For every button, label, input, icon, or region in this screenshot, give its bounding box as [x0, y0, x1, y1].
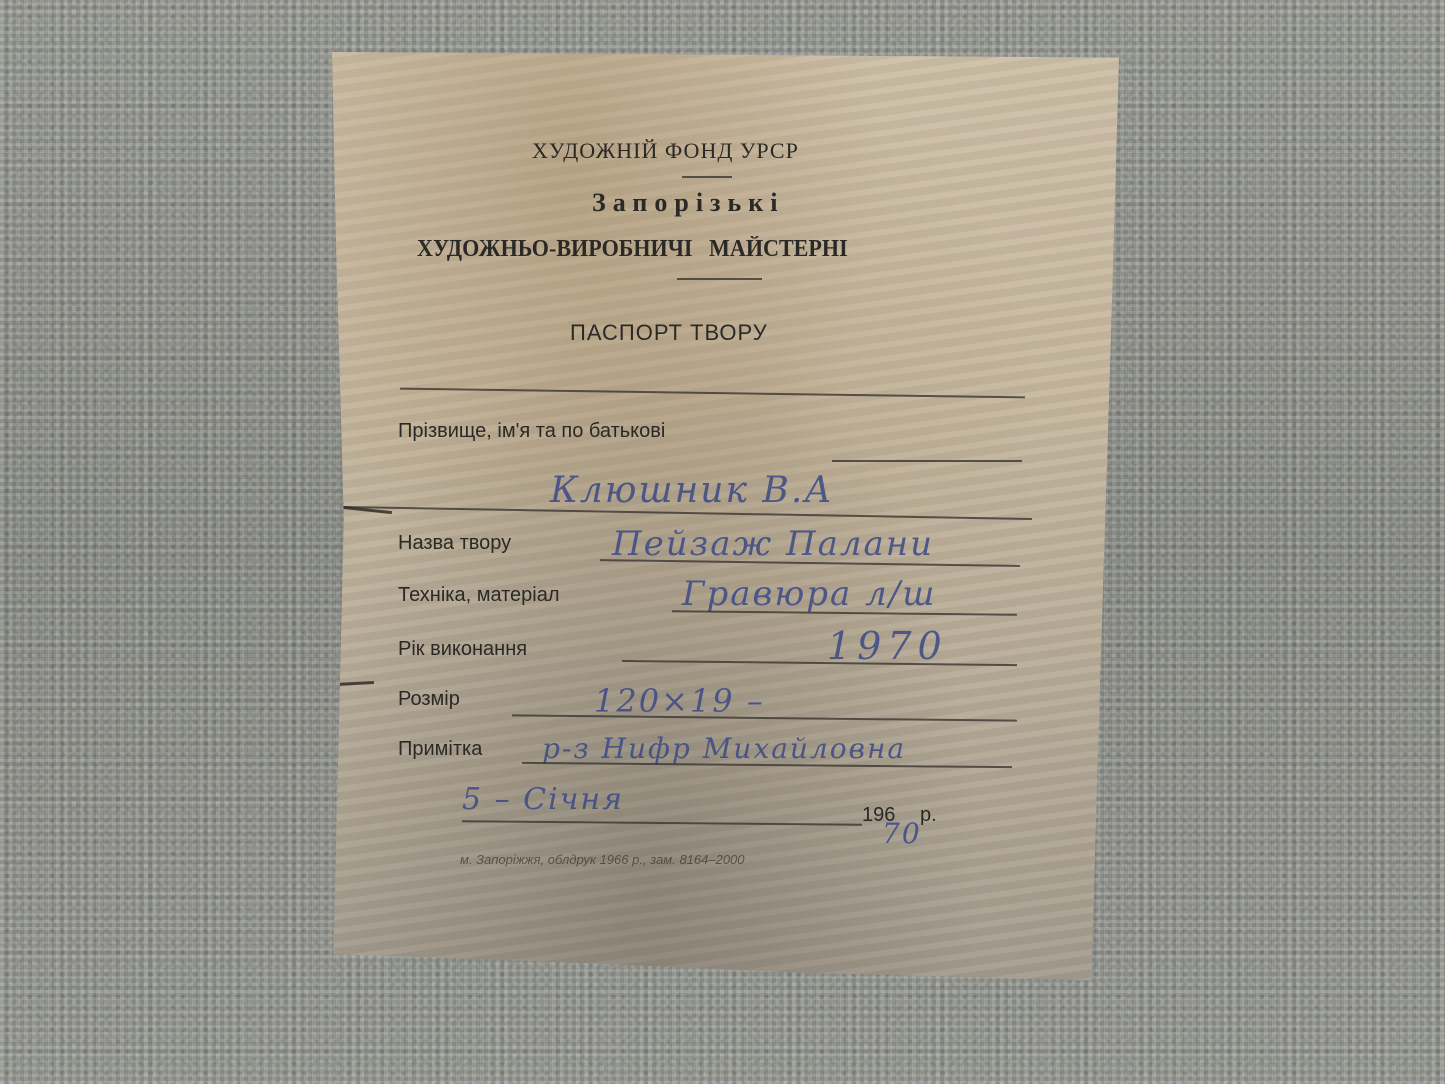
org-header: ХУДОЖНІЙ ФОНД УРСР	[532, 138, 799, 164]
document-title: ПАСПОРТ ТВОРУ	[570, 320, 768, 346]
title-rule	[400, 388, 1025, 398]
name-label: Прізвище, ім'я та по батькові	[398, 420, 665, 443]
size-label: Розмір	[398, 688, 460, 711]
header-divider-2	[677, 278, 762, 280]
technique-label: Техніка, матеріал	[398, 584, 560, 607]
size-value: 120×19 –	[594, 682, 765, 720]
header-divider	[682, 176, 732, 178]
paper-tear-2	[334, 681, 374, 686]
year-rule	[622, 660, 1017, 666]
technique-value: Гравюра л/ш	[682, 574, 936, 614]
note-value: р-з Нифр Михайловна	[542, 732, 906, 765]
city-header: Запорізькі	[592, 188, 784, 218]
printed-year-suffix: р.	[920, 804, 937, 827]
passport-label: ХУДОЖНІЙ ФОНД УРСР Запорізькі ХУДОЖНЬО-В…	[332, 52, 1119, 984]
year-label: Рік виконання	[398, 638, 527, 661]
work-title-label: Назва твору	[398, 532, 511, 555]
name-value: Клюшник В.А	[550, 470, 834, 511]
printer-imprint: м. Запоріжжя, облдрук 1966 р., зам. 8164…	[460, 852, 745, 867]
note-label: Примітка	[398, 738, 482, 761]
handwritten-year-suffix: 70	[882, 817, 922, 850]
work-title-value: Пейзаж Палани	[612, 524, 934, 564]
date-rule	[462, 820, 862, 825]
workshops-header: ХУДОЖНЬО-ВИРОБНИЧІ МАЙСТЕРНІ	[417, 236, 848, 263]
handwritten-date: 5 – Січня	[462, 782, 624, 817]
name-rule	[832, 460, 1022, 462]
